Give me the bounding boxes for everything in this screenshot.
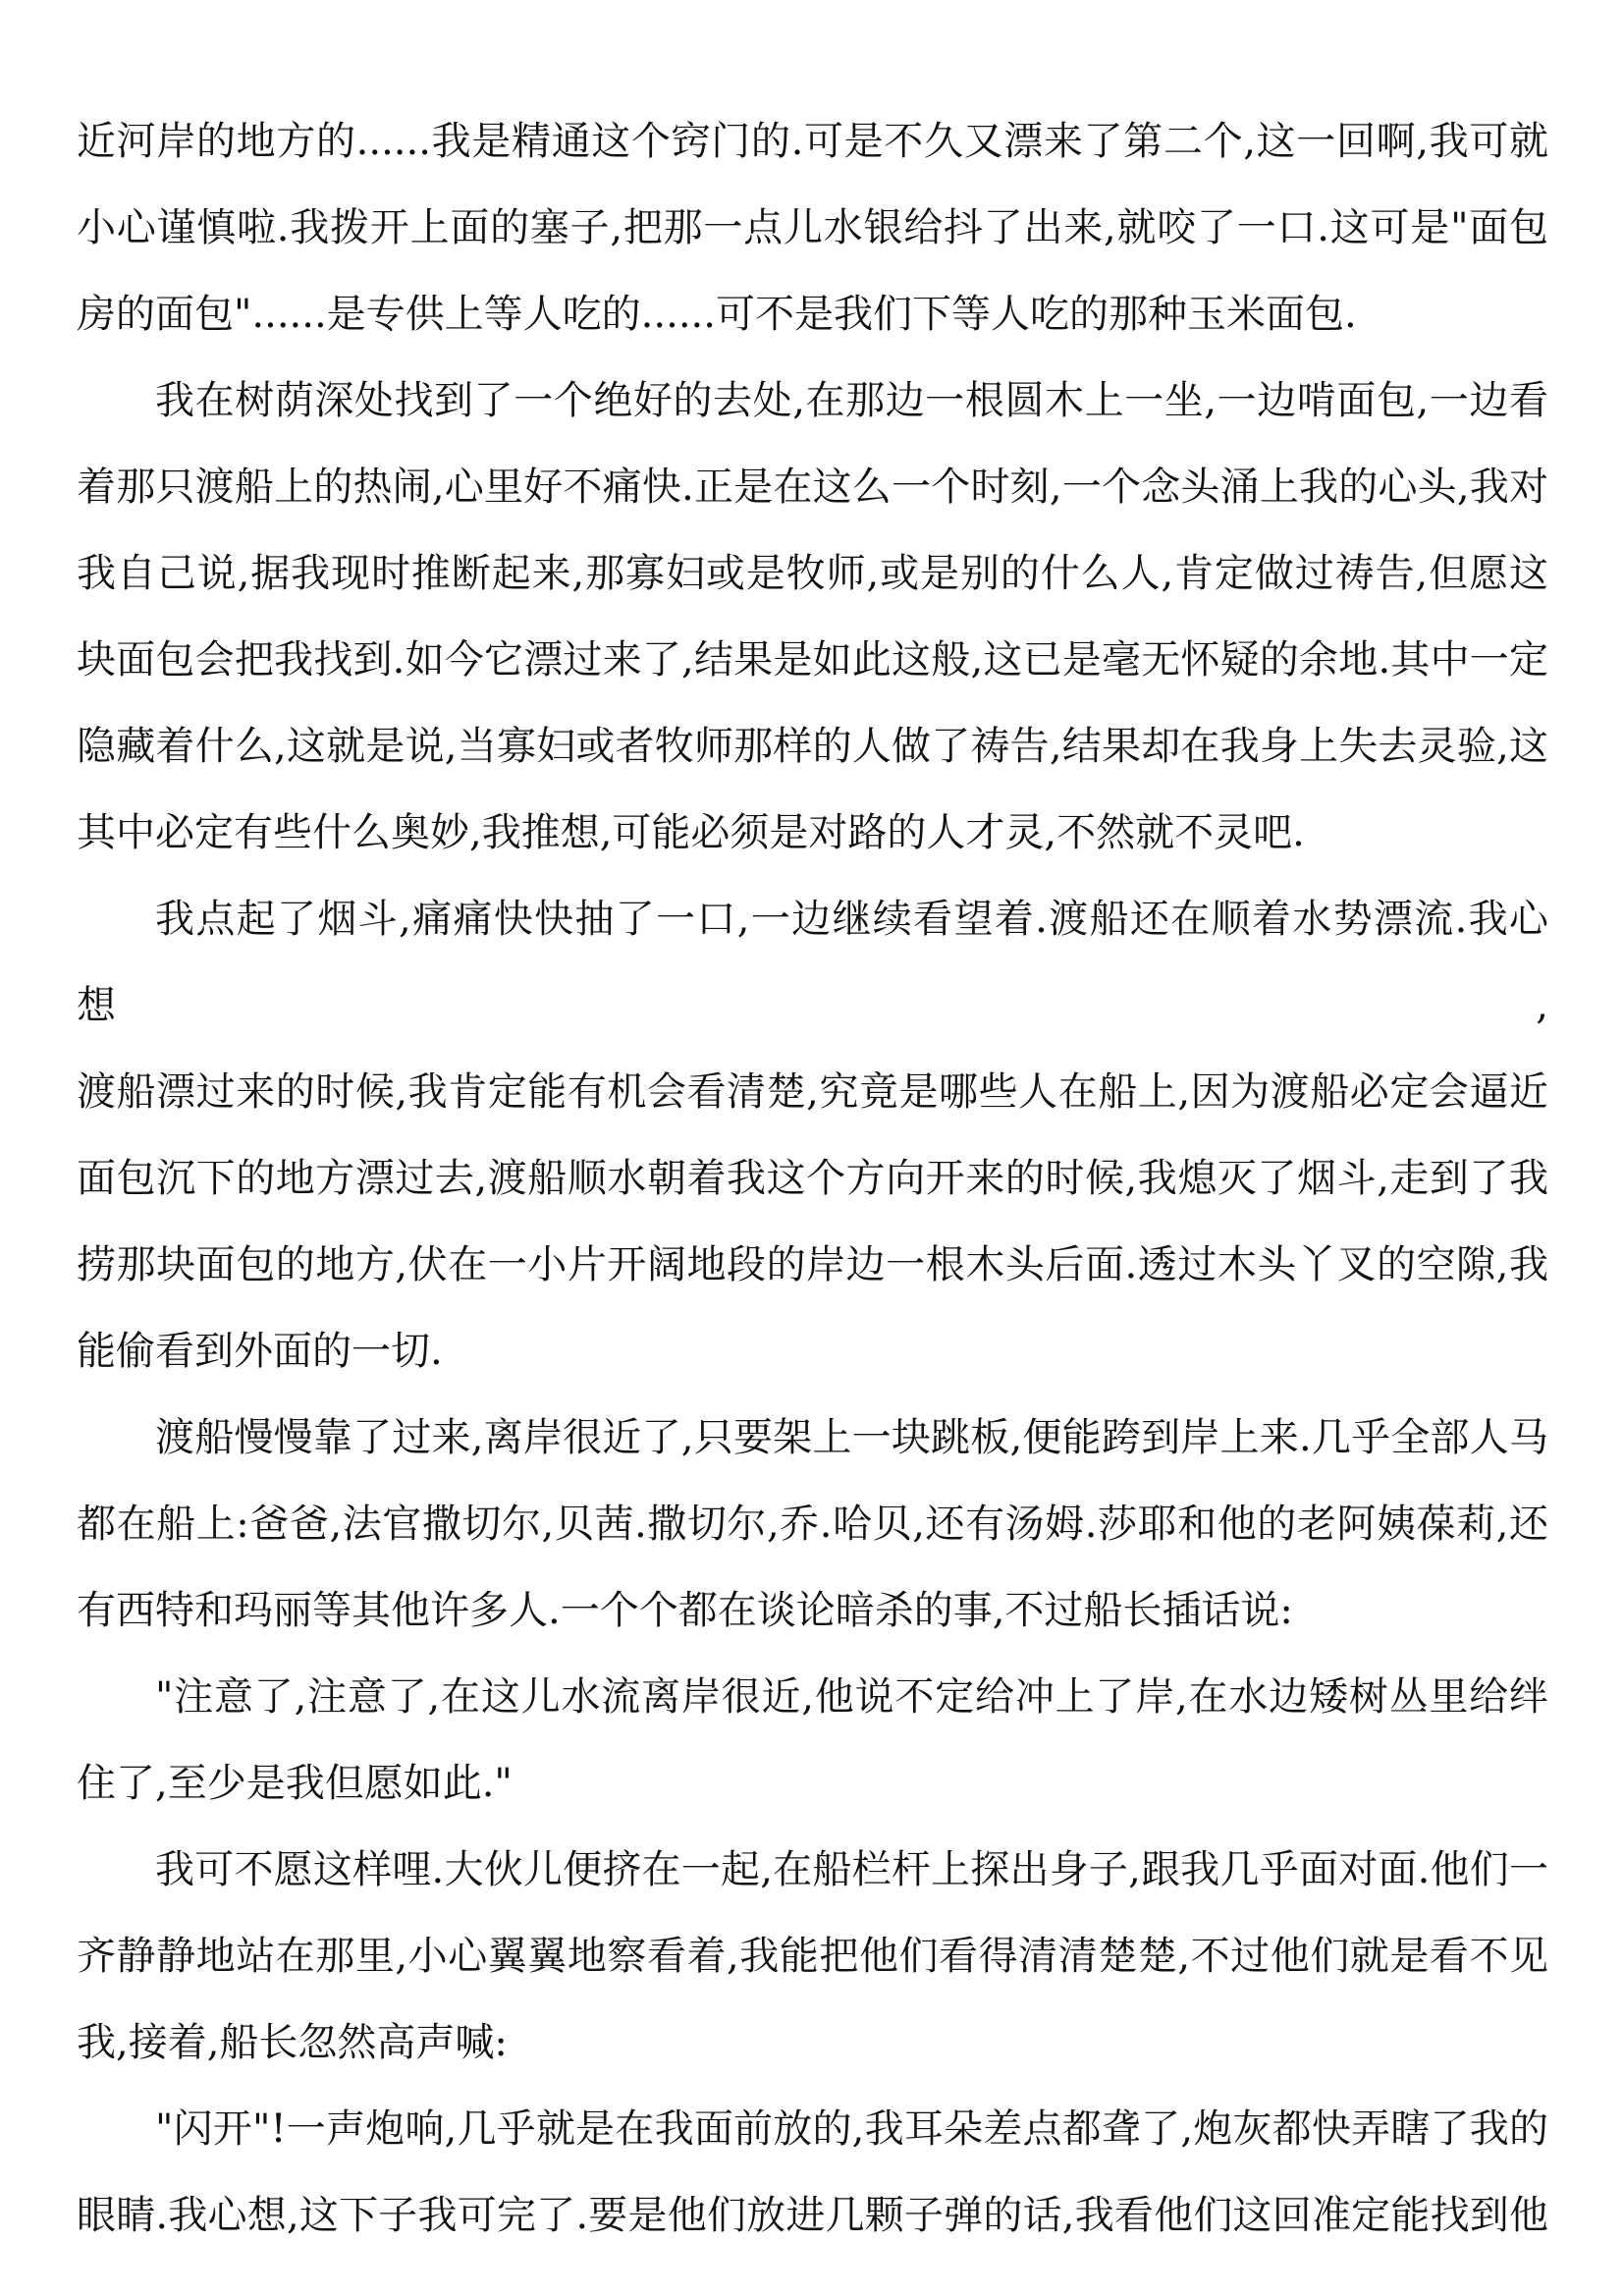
text-line: 我,接着,船长忽然高声喊: xyxy=(77,1999,1548,2086)
text-line: 块面包会把我找到.如今它漂过来了,结果是如此这般,这已是毫无怀疑的余地.其中一定 xyxy=(77,617,1548,703)
paragraph: 渡船慢慢靠了过来,离岸很近了,只要架上一块跳板,便能跨到岸上来.几乎全部人马都在… xyxy=(77,1394,1548,1654)
page-text: 近河岸的地方的......我是精通这个窍门的.可是不久又漂来了第二个,这一回啊,… xyxy=(77,98,1548,2259)
text-line: "注意了,注意了,在这儿水流离岸很近,他说不定给冲上了岸,在水边矮树丛里给绊 xyxy=(77,1654,1548,1740)
text-line: 我在树荫深处找到了一个绝好的去处,在那边一根圆木上一坐,一边啃面包,一边看 xyxy=(77,357,1548,444)
text-line: "闪开"!一声炮响,几乎就是在我面前放的,我耳朵差点都聋了,炮灰都快弄瞎了我的 xyxy=(77,2086,1548,2172)
text-line: 房的面包"......是专供上等人吃的......可不是我们下等人吃的那种玉米面… xyxy=(77,271,1548,357)
text-line: 我可不愿这样哩.大伙儿便挤在一起,在船栏杆上探出身子,跟我几乎面对面.他们一 xyxy=(77,1827,1548,1913)
text-line: 隐藏着什么,这就是说,当寡妇或者牧师那样的人做了祷告,结果却在我身上失去灵验,这 xyxy=(77,703,1548,790)
paragraph: 我点起了烟斗,痛痛快快抽了一口,一边继续看望着.渡船还在顺着水势漂流.我心想,渡… xyxy=(77,876,1548,1394)
text-line: 着那只渡船上的热闹,心里好不痛快.正是在这么一个时刻,一个念头涌上我的心头,我对 xyxy=(77,444,1548,530)
book-page: 近河岸的地方的......我是精通这个窍门的.可是不久又漂来了第二个,这一回啊,… xyxy=(0,0,1623,2296)
text-line: 我自己说,据我现时推断起来,那寡妇或是牧师,或是别的什么人,肯定做过祷告,但愿这 xyxy=(77,530,1548,617)
text-line: 眼睛.我心想,这下子我可完了.要是他们放进几颗子弹的话,我看他们这回准定能找到他 xyxy=(77,2172,1548,2259)
text-line: 小心谨慎啦.我拨开上面的塞子,把那一点儿水银给抖了出来,就咬了一口.这可是"面包 xyxy=(77,185,1548,271)
text-line: 面包沉下的地方漂过去,渡船顺水朝着我这个方向开来的时候,我熄灭了烟斗,走到了我 xyxy=(77,1135,1548,1222)
text-line: 有西特和玛丽等其他许多人.一个个都在谈论暗杀的事,不过船长插话说: xyxy=(77,1567,1548,1654)
text-line: 其中必定有些什么奥妙,我推想,可能必须是对路的人才灵,不然就不灵吧. xyxy=(77,790,1548,876)
text-line: 渡船漂过来的时候,我肯定能有机会看清楚,究竟是哪些人在船上,因为渡船必定会逼近 xyxy=(77,1049,1548,1135)
text-line: 能偷看到外面的一切. xyxy=(77,1308,1548,1394)
text-line: 近河岸的地方的......我是精通这个窍门的.可是不久又漂来了第二个,这一回啊,… xyxy=(77,98,1548,185)
paragraph: "闪开"!一声炮响,几乎就是在我面前放的,我耳朵差点都聋了,炮灰都快弄瞎了我的眼… xyxy=(77,2086,1548,2259)
text-line: 都在船上:爸爸,法官撒切尔,贝茜.撒切尔,乔.哈贝,还有汤姆.莎耶和他的老阿姨葆… xyxy=(77,1481,1548,1567)
paragraph: "注意了,注意了,在这儿水流离岸很近,他说不定给冲上了岸,在水边矮树丛里给绊住了… xyxy=(77,1654,1548,1827)
paragraph: 我可不愿这样哩.大伙儿便挤在一起,在船栏杆上探出身子,跟我几乎面对面.他们一齐静… xyxy=(77,1827,1548,2086)
text-line: 我点起了烟斗,痛痛快快抽了一口,一边继续看望着.渡船还在顺着水势漂流.我心想, xyxy=(77,876,1548,1049)
paragraph: 我在树荫深处找到了一个绝好的去处,在那边一根圆木上一坐,一边啃面包,一边看着那只… xyxy=(77,357,1548,876)
text-line: 渡船慢慢靠了过来,离岸很近了,只要架上一块跳板,便能跨到岸上来.几乎全部人马 xyxy=(77,1394,1548,1481)
paragraph: 近河岸的地方的......我是精通这个窍门的.可是不久又漂来了第二个,这一回啊,… xyxy=(77,98,1548,357)
text-line: 住了,至少是我但愿如此." xyxy=(77,1740,1548,1827)
text-line: 捞那块面包的地方,伏在一小片开阔地段的岸边一根木头后面.透过木头丫叉的空隙,我 xyxy=(77,1222,1548,1308)
text-line: 齐静静地站在那里,小心翼翼地察看着,我能把他们看得清清楚楚,不过他们就是看不见 xyxy=(77,1913,1548,1999)
